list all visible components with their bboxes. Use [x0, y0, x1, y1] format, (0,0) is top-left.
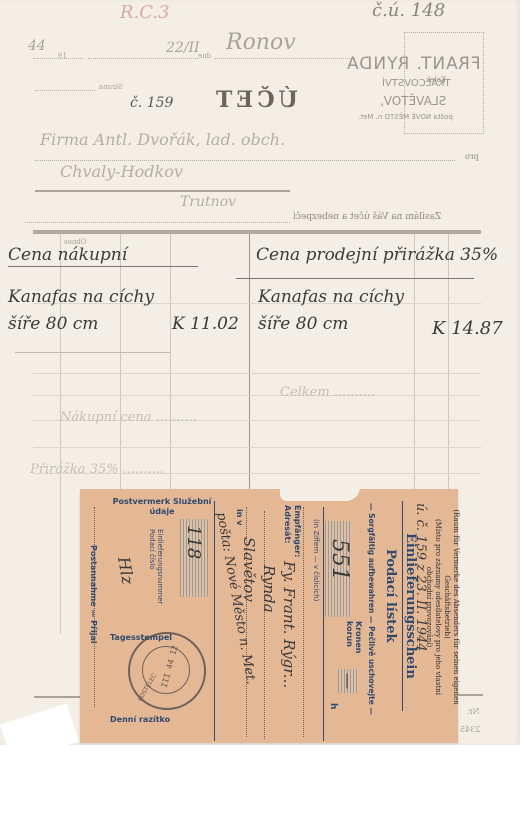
year-handwritten: 44 [28, 38, 46, 54]
invoice-number-handwritten: č. 159 [130, 95, 173, 111]
slip-divider-4 [264, 511, 265, 739]
year-prefix: 19 [58, 52, 67, 60]
company-line3: SLAVĚTOV, [380, 94, 446, 108]
acceptance-signature: Hlz [114, 555, 137, 585]
document-title: ÚČET [212, 87, 298, 113]
page-line [35, 90, 95, 91]
registration-number: 118 [183, 525, 204, 559]
grid-row-3 [33, 395, 481, 396]
amount-figures-label: (in Ziffern — v číslicích) [312, 519, 320, 601]
grid-row-5 [33, 447, 481, 448]
footer-rule-left [34, 696, 80, 698]
date-handwritten: 22/II [166, 40, 200, 56]
ghost-subtotal-rule [15, 352, 170, 353]
slip-divider-6 [323, 507, 324, 741]
sale-price-header: Cena prodejní přirážka 35% [256, 245, 498, 265]
footer-number: 2345 [460, 725, 480, 734]
acceptance-label: Postannahme — Přijal [89, 545, 98, 644]
grid-row-2 [33, 373, 481, 374]
purchase-price-header: Cena nákupní [8, 245, 127, 265]
place-handwritten-slip: Slavětov [240, 537, 258, 602]
recipient-line-1 [35, 160, 455, 161]
sale-header-underline [236, 278, 474, 279]
footer-label: Nr. [467, 707, 480, 716]
recipient-label: pro [465, 152, 479, 161]
reference-annotation: č.ú. 148 [372, 0, 445, 21]
ghost-line-1: Celkem .......... [280, 385, 375, 400]
date-stamp-label-cs: Denní razítko [110, 715, 170, 724]
postvermerk-label: Postvermerk Služební údaje [110, 497, 214, 517]
sale-item-detail: šíře 80 cm [258, 314, 348, 334]
ghost-line-2: Nákupní cena .......... [60, 410, 197, 425]
recipient-line3: Trutnov [180, 194, 236, 210]
page-label: Strana [99, 83, 123, 91]
company-line4: pošta NOVÉ MĚSTO n. Met. [358, 113, 453, 121]
registration-label: Einlieferungsnummer Podací číslo [148, 529, 164, 609]
purchase-header-underline [8, 266, 198, 267]
purchase-price: K 11.02 [172, 314, 239, 334]
purchase-item-detail: šíře 80 cm [8, 314, 98, 334]
recipient-line1: Firma Antl. Dvořák, lad. obch. [40, 130, 285, 149]
slip-divider-5 [303, 507, 304, 737]
place-handwritten: Ronov [226, 30, 296, 55]
recipient-handwritten-1: Fy. Frant. Rýgr... [280, 561, 298, 688]
kronen-label: Kronen korun [345, 621, 363, 661]
red-annotation: R.C.3 [120, 2, 170, 23]
shipping-line [25, 222, 290, 223]
recipient-rule [35, 190, 290, 192]
shipping-note: Zasílám na Váš účet a nebezpečí [293, 212, 441, 222]
slip-torn-edge [280, 487, 360, 501]
slip-divider-2 [214, 501, 215, 741]
date-line [215, 58, 350, 59]
place-line [88, 58, 198, 59]
in-label: in v [235, 509, 244, 529]
sender-note-de: (Raum für Vermerke des Absenders für sei… [442, 507, 460, 707]
keep-note: — Sorgfältig aufbewahren — Pečlivě uscho… [367, 503, 376, 715]
heller-label: h [328, 703, 338, 709]
amount-heller: — [339, 673, 358, 689]
recipient-line2: Chvaly-Hodkov [60, 162, 183, 181]
footer-rule-right [458, 694, 483, 696]
postal-receipt-slip: Postannahme — Přijal Hlz Postvermerk Slu… [80, 489, 458, 743]
purchase-item: Kanafas na cíchy [8, 287, 154, 307]
sale-price: K 14.87 [432, 318, 503, 339]
postmark-stamp: III 44 12 KOSTELEC [128, 632, 206, 710]
recipient-handwritten-2: Rynda [260, 565, 278, 613]
slip-title-cs: Podací lístek [383, 549, 398, 642]
company-name: FRANT. RYNDA [346, 54, 481, 74]
amount-kronen: 551 [327, 539, 352, 581]
ghost-line-3: Přirážka 35% .......... [30, 462, 164, 477]
sale-item: Kanafas na cíchy [258, 287, 404, 307]
sender-note-cs: (Místo pro záznamy odesílatelovy pro jeh… [424, 507, 442, 707]
stamp-box-label: Kolek [426, 76, 446, 84]
